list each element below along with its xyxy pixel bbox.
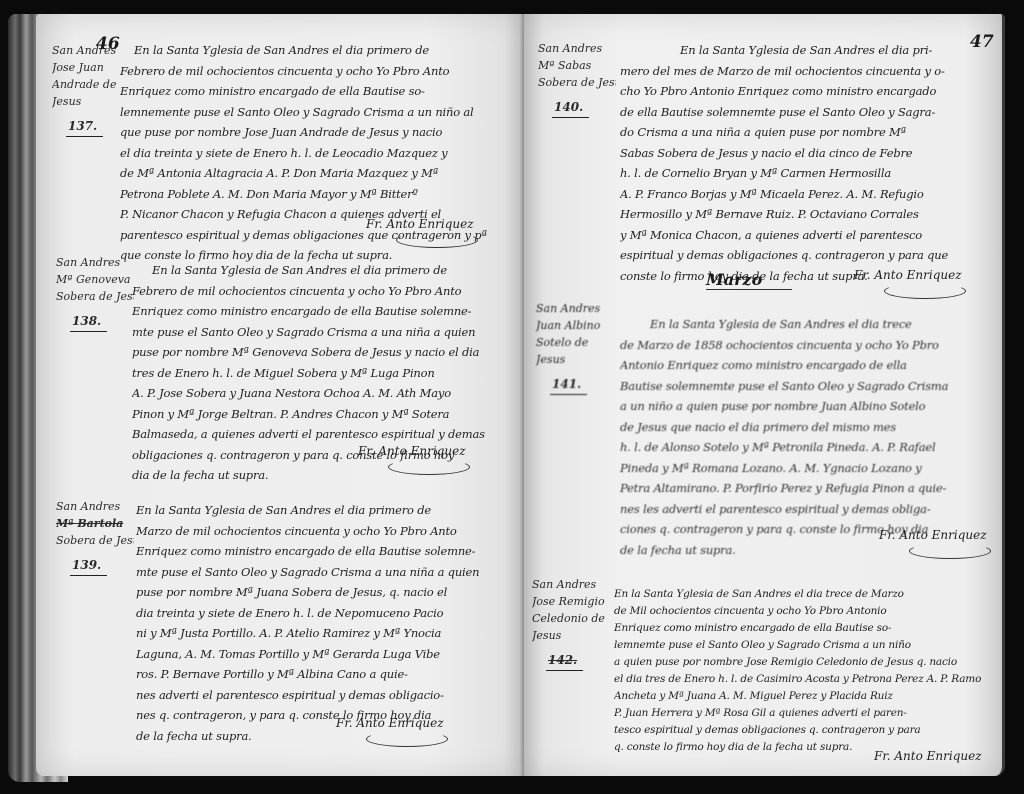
margin-name-line: Juan Albino: [536, 317, 614, 334]
signature-flourish: [396, 232, 478, 248]
entry-line: Enriquez como ministro encargado de ella…: [136, 541, 526, 562]
entry-line: nes adverti el parentesco espiritual y d…: [136, 685, 526, 706]
entry-line: Bautise solemnemte puse el Santo Oleo y …: [620, 376, 992, 397]
baptism-entry: En la Santa Yglesia de San Andres el dia…: [136, 500, 526, 746]
margin-name-line: Sobera de Jesus: [56, 532, 134, 549]
margin-parish: San Andres: [52, 42, 130, 59]
left-page: 46 San Andres Jose Juan Andrade de Jesus…: [36, 14, 524, 776]
signature-text: Fr. Anto Enriquez: [358, 444, 466, 458]
signature-flourish: [388, 459, 470, 475]
entry-line: Sabas Sobera de Jesus y nacio el dia cin…: [620, 143, 990, 164]
baptism-entry: En la Santa Yglesia de San Andres el dia…: [620, 314, 992, 560]
entry-line: Hermosillo y Mª Bernave Ruiz. P. Octavia…: [620, 204, 990, 225]
margin-name-line: Mª Bartola: [56, 515, 134, 532]
margin-note: San Andres Mª Sabas Sobera de Jesus 140.: [538, 40, 616, 118]
signature-text: Fr. Anto Enriquez: [879, 528, 987, 542]
signature-text: Fr. Anto Enriquez: [366, 217, 474, 231]
signature-text: Fr. Anto Enriquez: [874, 749, 982, 763]
entry-line: En la Santa Yglesia de San Andres el dia…: [620, 40, 990, 61]
margin-name-line: Andrade de: [52, 76, 130, 93]
entry-line: a un niño a quien puse por nombre Juan A…: [620, 396, 992, 417]
entry-line: puse por nombre Mª Juana Sobera de Jesus…: [136, 582, 526, 603]
entry-line: que puse por nombre Jose Juan Andrade de…: [120, 122, 520, 143]
priest-signature: Fr. Anto Enriquez: [854, 268, 966, 299]
entry-line: En la Santa Yglesia de San Andres el dia…: [614, 586, 998, 603]
margin-parish: San Andres: [538, 40, 616, 57]
entry-line: A. P. Jose Sobera y Juana Nestora Ochoa …: [132, 383, 522, 404]
margin-parish: San Andres: [532, 576, 610, 593]
margin-note: San Andres Jose Remigio Celedonio de Jes…: [532, 576, 610, 671]
right-page: 47 San Andres Mª Sabas Sobera de Jesus 1…: [524, 14, 1005, 776]
entry-line: tres de Enero h. l. de Miguel Sobera y M…: [132, 363, 522, 384]
entry-line: Ancheta y Mª Juana A. M. Miguel Perez y …: [614, 688, 998, 705]
entry-line: lemnemente puse el Santo Oleo y Sagrado …: [120, 102, 520, 123]
margin-name-line: Jesus: [532, 627, 610, 644]
entry-line: nes q. contrageron, y para q. conste lo …: [136, 705, 526, 726]
entry-line: de Marzo de 1858 ochocientos cincuenta y…: [620, 335, 992, 356]
priest-signature: Fr. Anto Enriquez: [879, 528, 991, 559]
margin-name-line: Sobera de Jesus: [538, 74, 616, 91]
entry-line: cho Yo Pbro Antonio Enriquez como minist…: [620, 81, 990, 102]
entry-line: tesco espiritual y demas obligaciones q.…: [614, 722, 998, 739]
entry-line: Enriquez como ministro encargado de ella…: [132, 301, 522, 322]
entry-line: espiritual y demas obligaciones q. contr…: [620, 245, 990, 266]
margin-parish: San Andres: [56, 254, 134, 271]
entry-line: Laguna, A. M. Tomas Portillo y Mª Gerard…: [136, 644, 526, 665]
margin-note: San Andres Jose Juan Andrade de Jesus 13…: [52, 42, 130, 137]
entry-line: y Mª Monica Chacon, a quienes adverti el…: [620, 225, 990, 246]
entry-line: lemnemte puse el Santo Oleo y Sagrado Cr…: [614, 637, 998, 654]
entry-line: Petrona Poblete A. M. Don Maria Mayor y …: [120, 184, 520, 205]
record-number: 140.: [552, 99, 589, 118]
entry-line: Enriquez como ministro encargado de ella…: [120, 81, 520, 102]
entry-line: de Mil ochocientos cincuenta y ocho Yo P…: [614, 603, 998, 620]
signature-flourish: [884, 283, 966, 299]
margin-name-line: Jesus: [52, 93, 130, 110]
entry-line: nes les adverti el parentesco espiritual…: [620, 499, 992, 520]
margin-name-line: Mª Sabas: [538, 57, 616, 74]
baptism-entry: En la Santa Yglesia de San Andres el dia…: [620, 40, 990, 286]
entry-line: do Crisma a una niña a quien puse por no…: [620, 122, 990, 143]
entry-line: Antonio Enriquez como ministro encargado…: [620, 355, 992, 376]
baptism-entry: En la Santa Yglesia de San Andres el dia…: [614, 586, 998, 756]
margin-name-line: Sobera de Jesus: [56, 288, 134, 305]
signature-flourish: [366, 731, 448, 747]
priest-signature: Fr. Anto Enriquez: [366, 217, 478, 248]
entry-line: Balmaseda, a quienes adverti el parentes…: [132, 424, 522, 445]
priest-signature: Fr. Anto Enriquez: [874, 749, 982, 763]
margin-parish: San Andres: [536, 300, 614, 317]
entry-line: de Jesus que nacio el dia primero del mi…: [620, 417, 992, 438]
signature-text: Fr. Anto Enriquez: [854, 268, 962, 282]
entry-line: el dia tres de Enero h. l. de Casimiro A…: [614, 671, 998, 688]
margin-name-line: Sotelo de: [536, 334, 614, 351]
entry-line: ros. P. Bernave Portillo y Mª Albina Can…: [136, 664, 526, 685]
entry-line: de la fecha ut supra.: [136, 726, 526, 747]
margin-name-line: Celedonio de: [532, 610, 610, 627]
entry-line: puse por nombre Mª Genoveva Sobera de Je…: [132, 342, 522, 363]
margin-name-line: Jose Juan: [52, 59, 130, 76]
margin-parish: San Andres: [56, 498, 134, 515]
entry-line: Pinon y Mª Jorge Beltran. P. Andres Chac…: [132, 404, 522, 425]
entry-line: Febrero de mil ochocientos cincuenta y o…: [132, 281, 522, 302]
priest-signature: Fr. Anto Enriquez: [358, 444, 470, 475]
margin-name-line: Mª Genoveva: [56, 271, 134, 288]
entry-line: En la Santa Yglesia de San Andres el dia…: [136, 500, 526, 521]
entry-line: h. l. de Alonso Sotelo y Mª Petronila Pi…: [620, 437, 992, 458]
priest-signature: Fr. Anto Enriquez: [336, 716, 448, 747]
record-number: 139.: [70, 557, 107, 576]
entry-line: Febrero de mil ochocientos cincuenta y o…: [120, 61, 520, 82]
margin-note: San Andres Mª Genoveva Sobera de Jesus 1…: [56, 254, 134, 332]
entry-line: En la Santa Yglesia de San Andres el dia…: [120, 40, 520, 61]
margin-name-line: Jesus: [536, 351, 614, 368]
entry-line: Petra Altamirano. P. Porfirio Perez y Re…: [620, 478, 992, 499]
entry-line: Marzo de mil ochocientos cincuenta y och…: [136, 521, 526, 542]
margin-name-line: Jose Remigio: [532, 593, 610, 610]
entry-line: a quien puse por nombre Jose Remigio Cel…: [614, 654, 998, 671]
open-register-book: 46 San Andres Jose Juan Andrade de Jesus…: [8, 8, 1014, 788]
record-number: 141.: [550, 376, 587, 395]
entry-line: Enriquez como ministro encargado de ella…: [614, 620, 998, 637]
entry-line: En la Santa Yglesia de San Andres el dia…: [132, 260, 522, 281]
entry-line: el dia treinta y siete de Enero h. l. de…: [120, 143, 520, 164]
entry-line: ni y Mª Justa Portillo. A. P. Atelio Ram…: [136, 623, 526, 644]
entry-line: En la Santa Yglesia de San Andres el dia…: [620, 314, 992, 335]
entry-line: P. Juan Herrera y Mª Rosa Gil a quienes …: [614, 705, 998, 722]
signature-flourish: [909, 543, 991, 559]
entry-line: A. P. Franco Borjas y Mª Micaela Perez. …: [620, 184, 990, 205]
entry-line: mte puse el Santo Oleo y Sagrado Crisma …: [132, 322, 522, 343]
margin-note: San Andres Juan Albino Sotelo de Jesus 1…: [536, 300, 614, 395]
entry-line: mte puse el Santo Oleo y Sagrado Crisma …: [136, 562, 526, 583]
entry-line: h. l. de Cornelio Bryan y Mª Carmen Herm…: [620, 163, 990, 184]
record-number: 137.: [66, 118, 103, 137]
record-number: 138.: [70, 313, 107, 332]
record-number: 142.: [546, 652, 583, 671]
margin-note: San Andres Mª Bartola Sobera de Jesus 13…: [56, 498, 134, 576]
month-heading: Marzo: [706, 270, 792, 290]
entry-line: de ella Bautise solemnemte puse el Santo…: [620, 102, 990, 123]
entry-line: dia treinta y siete de Enero h. l. de Ne…: [136, 603, 526, 624]
entry-line: Pineda y Mª Romana Lozano. A. M. Ygnacio…: [620, 458, 992, 479]
entry-line: mero del mes de Marzo de mil ochocientos…: [620, 61, 990, 82]
entry-line: de Mª Antonia Altagracia A. P. Don Maria…: [120, 163, 520, 184]
signature-text: Fr. Anto Enriquez: [336, 716, 444, 730]
